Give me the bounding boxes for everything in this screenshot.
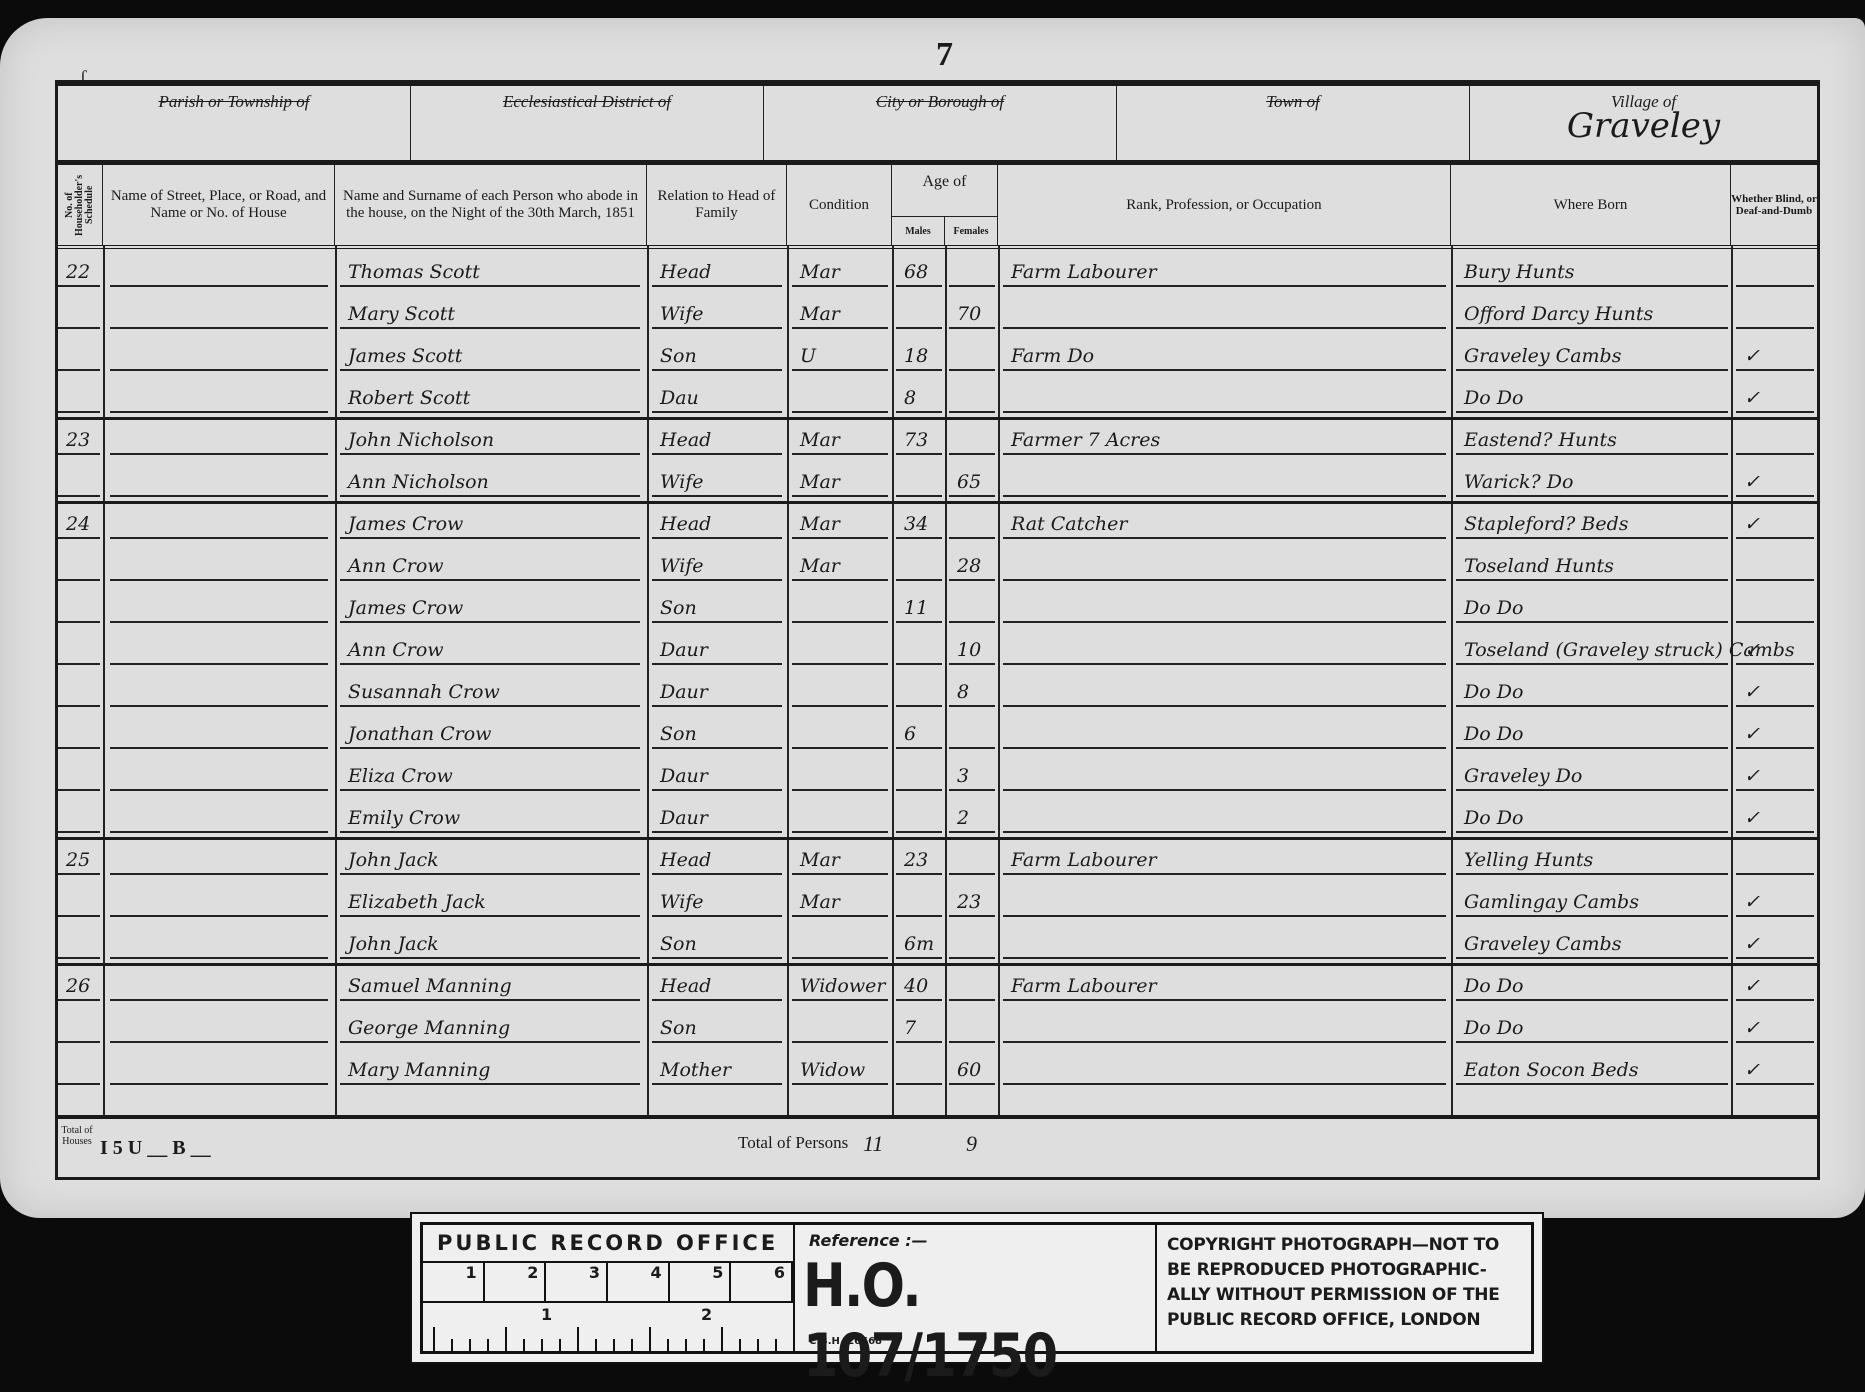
person-name: Samuel Manning: [340, 971, 640, 1001]
blind-deaf-mark: ✓: [1736, 635, 1814, 665]
occupation: [1003, 887, 1446, 917]
table-row: Elizabeth JackWifeMar23Gamlingay Cambs✓: [58, 879, 1817, 921]
person-name: Elizabeth Jack: [340, 887, 640, 917]
blind-deaf-mark: ✓: [1736, 1055, 1814, 1085]
person-name: Emily Crow: [340, 803, 640, 833]
where-born: Graveley Cambs: [1456, 929, 1728, 959]
schedule-number: 22: [58, 257, 100, 287]
person-name: Jonathan Crow: [340, 719, 640, 749]
where-born: Do Do: [1456, 593, 1728, 623]
person-name: James Crow: [340, 509, 640, 539]
blind-deaf-mark: [1736, 845, 1814, 875]
street-cell: [110, 425, 328, 455]
condition: Widow: [792, 1055, 888, 1085]
condition: Mar: [792, 299, 888, 329]
table-row: Ann CrowWifeMar28Toseland Hunts: [58, 543, 1817, 585]
ruler-tick: [667, 1339, 669, 1353]
ruler-tick: [739, 1339, 741, 1353]
person-name: John Jack: [340, 929, 640, 959]
street-cell: [110, 593, 328, 623]
relation: Daur: [652, 677, 782, 707]
ruler-mark: 3: [546, 1263, 608, 1301]
occupation: [1003, 299, 1446, 329]
where-born: Graveley Do: [1456, 761, 1728, 791]
age-male: 6: [896, 719, 942, 749]
record-office-panel: PUBLIC RECORD OFFICE 1 2 3 4 5 6 1 2: [423, 1225, 795, 1351]
where-born: Toseland (Graveley struck) Cambs: [1456, 635, 1728, 665]
table-row: 25John JackHeadMar23Farm LabourerYelling…: [58, 837, 1817, 879]
person-name: Robert Scott: [340, 383, 640, 413]
street-cell: [110, 551, 328, 581]
age-female: [949, 1013, 995, 1043]
blind-deaf-mark: ✓: [1736, 761, 1814, 791]
age-male: [896, 677, 942, 707]
blind-deaf-mark: ✓: [1736, 383, 1814, 413]
ruler-tick: [685, 1339, 687, 1353]
age-male: [896, 299, 942, 329]
age-females-label: Females: [945, 217, 997, 245]
schedule-number: 25: [58, 845, 100, 875]
ruler-tick: [577, 1327, 579, 1353]
table-row: 26Samuel ManningHeadWidower40Farm Labour…: [58, 963, 1817, 1005]
occupation: [1003, 677, 1446, 707]
copyright-notice: COPYRIGHT PHOTOGRAPH—NOT TO BE REPRODUCE…: [1157, 1225, 1531, 1351]
age-male: 18: [896, 341, 942, 371]
ruler-tick: [505, 1327, 507, 1353]
age-male: 40: [896, 971, 942, 1001]
relation: Son: [652, 1013, 782, 1043]
ruler-tick: [703, 1339, 705, 1353]
age-female: [949, 971, 995, 1001]
condition: [792, 929, 888, 959]
condition: Mar: [792, 257, 888, 287]
relation: Wife: [652, 467, 782, 497]
table-row: Emily CrowDaur2Do Do✓: [58, 795, 1817, 840]
table-row: Ann CrowDaur10Toseland (Graveley struck)…: [58, 627, 1817, 669]
age-female: 23: [949, 887, 995, 917]
schedule-number: [58, 467, 100, 497]
condition: [792, 761, 888, 791]
schedule-number: [58, 551, 100, 581]
occupation: Farm Labourer: [1003, 971, 1446, 1001]
col-where-born: Where Born: [1451, 165, 1731, 245]
street-cell: [110, 677, 328, 707]
street-cell: [110, 971, 328, 1001]
blind-deaf-mark: ✓: [1736, 1013, 1814, 1043]
condition: Mar: [792, 551, 888, 581]
schedule-number: [58, 341, 100, 371]
occupation: [1003, 383, 1446, 413]
age-female: [949, 845, 995, 875]
table-row: Mary ScottWifeMar70Offord Darcy Hunts: [58, 291, 1817, 333]
age-female: 60: [949, 1055, 995, 1085]
blind-deaf-mark: [1736, 425, 1814, 455]
blind-deaf-mark: ✓: [1736, 677, 1814, 707]
relation: Son: [652, 593, 782, 623]
age-female: 8: [949, 677, 995, 707]
relation: Head: [652, 425, 782, 455]
condition: Widower: [792, 971, 888, 1001]
relation: Head: [652, 971, 782, 1001]
street-cell: [110, 635, 328, 665]
col-occupation: Rank, Profession, or Occupation: [998, 165, 1451, 245]
town-cell: Town of: [1117, 86, 1470, 160]
person-name: Mary Scott: [340, 299, 640, 329]
schedule-number: [58, 383, 100, 413]
age-male: 7: [896, 1013, 942, 1043]
col-blind-deaf: Whether Blind, or Deaf-and-Dumb: [1731, 165, 1817, 245]
where-born: Do Do: [1456, 1013, 1728, 1043]
person-name: Eliza Crow: [340, 761, 640, 791]
schedule-number: 23: [58, 425, 100, 455]
relation: Daur: [652, 761, 782, 791]
blind-deaf-mark: [1736, 551, 1814, 581]
ruler-tick: [757, 1339, 759, 1353]
ruler-mark: 2: [485, 1263, 547, 1301]
condition: [792, 677, 888, 707]
person-name: John Nicholson: [340, 425, 640, 455]
occupation: [1003, 1013, 1446, 1043]
table-row: Jonathan CrowSon6Do Do✓: [58, 711, 1817, 753]
total-houses-value: I 5 U __ B __: [100, 1137, 211, 1160]
where-born: Do Do: [1456, 677, 1728, 707]
where-born: Eaton Socon Beds: [1456, 1055, 1728, 1085]
age-label: Age of: [892, 173, 997, 190]
blind-deaf-mark: ✓: [1736, 341, 1814, 371]
total-persons-label: Total of Persons: [738, 1133, 848, 1153]
age-female: [949, 425, 995, 455]
blind-deaf-mark: ✓: [1736, 887, 1814, 917]
ruler-tick: [649, 1327, 651, 1353]
table-row: Ann NicholsonWifeMar65Warick? Do✓: [58, 459, 1817, 504]
street-cell: [110, 299, 328, 329]
ruler-tick: [523, 1339, 525, 1353]
table-row: 23John NicholsonHeadMar73Farmer 7 AcresE…: [58, 417, 1817, 459]
relation: Daur: [652, 635, 782, 665]
condition: Mar: [792, 425, 888, 455]
ruler-mark: 5: [670, 1263, 732, 1301]
person-name: James Crow: [340, 593, 640, 623]
schedule-number: [58, 887, 100, 917]
schedule-number: [58, 635, 100, 665]
village-value: Graveley: [1470, 106, 1817, 146]
person-name: George Manning: [340, 1013, 640, 1043]
age-male: [896, 635, 942, 665]
condition: [792, 803, 888, 833]
col-schedule: No. of Householder's Schedule: [58, 165, 103, 245]
ruler-mark: 4: [608, 1263, 670, 1301]
blind-deaf-mark: [1736, 593, 1814, 623]
blind-deaf-mark: ✓: [1736, 971, 1814, 1001]
relation: Wife: [652, 551, 782, 581]
location-header: Parish or Township of Ecclesiastical Dis…: [58, 86, 1817, 165]
age-female: [949, 341, 995, 371]
occupation: Farm Labourer: [1003, 257, 1446, 287]
total-persons-females: 9: [966, 1131, 977, 1157]
totals-row: Total of Houses I 5 U __ B __ Total of P…: [58, 1115, 1817, 1177]
table-row: Eliza CrowDaur3Graveley Do✓: [58, 753, 1817, 795]
age-male: [896, 551, 942, 581]
age-male: [896, 761, 942, 791]
schedule-number: [58, 803, 100, 833]
ruler-mark: 6: [731, 1263, 793, 1301]
blind-deaf-mark: ✓: [1736, 803, 1814, 833]
ecclesiastical-district-label: Ecclesiastical District of: [411, 92, 763, 112]
street-cell: [110, 341, 328, 371]
condition: [792, 593, 888, 623]
condition: Mar: [792, 467, 888, 497]
relation: Head: [652, 257, 782, 287]
age-female: 65: [949, 467, 995, 497]
table-row: James ScottSonU18Farm DoGraveley Cambs✓: [58, 333, 1817, 375]
table-row: 24James CrowHeadMar34Rat CatcherStaplefo…: [58, 501, 1817, 543]
scale-ruler: 1 2 3 4 5 6 1 2: [423, 1261, 793, 1351]
occupation: Rat Catcher: [1003, 509, 1446, 539]
age-female: 28: [949, 551, 995, 581]
occupation: [1003, 635, 1446, 665]
schedule-number: [58, 1055, 100, 1085]
ruler-tick: [451, 1339, 453, 1353]
occupation: [1003, 467, 1446, 497]
street-cell: [110, 467, 328, 497]
where-born: Graveley Cambs: [1456, 341, 1728, 371]
blind-deaf-mark: ✓: [1736, 467, 1814, 497]
col-condition: Condition: [787, 165, 892, 245]
ruler-tick: [559, 1339, 561, 1353]
where-born: Warick? Do: [1456, 467, 1728, 497]
age-male: 6m: [896, 929, 942, 959]
occupation: Farm Labourer: [1003, 845, 1446, 875]
ruler-mark: 1: [423, 1263, 485, 1301]
condition: Mar: [792, 509, 888, 539]
age-female: [949, 383, 995, 413]
occupation: [1003, 551, 1446, 581]
condition: Mar: [792, 845, 888, 875]
record-office-title: PUBLIC RECORD OFFICE: [423, 1225, 793, 1255]
age-male: 73: [896, 425, 942, 455]
relation: Head: [652, 845, 782, 875]
person-name: Ann Crow: [340, 551, 640, 581]
age-female: 70: [949, 299, 995, 329]
blind-deaf-mark: ✓: [1736, 509, 1814, 539]
schedule-number: [58, 299, 100, 329]
reference-value: H.O. 107/1750: [803, 1251, 1102, 1391]
table-row: John JackSon6mGraveley Cambs✓: [58, 921, 1817, 966]
street-cell: [110, 509, 328, 539]
occupation: [1003, 929, 1446, 959]
where-born: Eastend? Hunts: [1456, 425, 1728, 455]
street-cell: [110, 803, 328, 833]
relation: Daur: [652, 803, 782, 833]
where-born: Do Do: [1456, 719, 1728, 749]
street-cell: [110, 887, 328, 917]
age-male: 68: [896, 257, 942, 287]
relation: Head: [652, 509, 782, 539]
occupation: [1003, 803, 1446, 833]
col-relation: Relation to Head of Family: [647, 165, 787, 245]
reference-panel: Reference :— H.O. 107/1750 C.B.H. 26668: [795, 1225, 1157, 1351]
ruler-tick: [595, 1339, 597, 1353]
street-cell: [110, 383, 328, 413]
ruler-tick: [721, 1327, 723, 1353]
ruler-tick: [541, 1339, 543, 1353]
relation: Mother: [652, 1055, 782, 1085]
street-cell: [110, 1055, 328, 1085]
table-row: Robert ScottDau8Do Do✓: [58, 375, 1817, 420]
blind-deaf-mark: ✓: [1736, 719, 1814, 749]
person-name: John Jack: [340, 845, 640, 875]
where-born: Do Do: [1456, 971, 1728, 1001]
ruler-tick: [775, 1339, 777, 1353]
census-table: Parish or Township of Ecclesiastical Dis…: [55, 80, 1820, 1180]
age-female: [949, 593, 995, 623]
column-headers: No. of Householder's Schedule Name of St…: [58, 165, 1817, 249]
schedule-number: [58, 761, 100, 791]
person-name: James Scott: [340, 341, 640, 371]
archive-label: PUBLIC RECORD OFFICE 1 2 3 4 5 6 1 2 Ref…: [410, 1212, 1544, 1364]
table-row: Susannah CrowDaur8Do Do✓: [58, 669, 1817, 711]
ruler-tick: [433, 1327, 435, 1353]
age-male: [896, 803, 942, 833]
age-male: 11: [896, 593, 942, 623]
reference-code: C.B.H. 26668: [809, 1336, 882, 1347]
age-female: [949, 257, 995, 287]
schedule-number: [58, 593, 100, 623]
schedule-number: 26: [58, 971, 100, 1001]
schedule-number: [58, 719, 100, 749]
ecclesiastical-district-cell: Ecclesiastical District of: [411, 86, 764, 160]
table-row: 22Thomas ScottHeadMar68Farm LabourerBury…: [58, 249, 1817, 291]
condition: U: [792, 341, 888, 371]
relation: Son: [652, 719, 782, 749]
village-cell: Village of Graveley: [1470, 86, 1817, 160]
person-name: Ann Nicholson: [340, 467, 640, 497]
relation: Wife: [652, 299, 782, 329]
occupation: [1003, 719, 1446, 749]
condition: [792, 635, 888, 665]
folio-number: 7: [936, 36, 953, 74]
relation: Son: [652, 341, 782, 371]
table-row: James CrowSon11Do Do: [58, 585, 1817, 627]
age-male: [896, 1055, 942, 1085]
occupation: [1003, 593, 1446, 623]
street-cell: [110, 761, 328, 791]
city-borough-label: City or Borough of: [764, 92, 1116, 112]
schedule-number: [58, 677, 100, 707]
ruler-tick: [487, 1339, 489, 1353]
blind-deaf-mark: ✓: [1736, 929, 1814, 959]
age-female: 2: [949, 803, 995, 833]
age-males-label: Males: [892, 217, 945, 245]
where-born: Bury Hunts: [1456, 257, 1728, 287]
occupation: [1003, 1055, 1446, 1085]
parish-label: Parish or Township of: [58, 92, 410, 112]
age-male: 8: [896, 383, 942, 413]
person-name: Susannah Crow: [340, 677, 640, 707]
person-name: Mary Manning: [340, 1055, 640, 1085]
condition: [792, 383, 888, 413]
street-cell: [110, 929, 328, 959]
town-label: Town of: [1117, 92, 1469, 112]
schedule-number: [58, 1013, 100, 1043]
person-name: Ann Crow: [340, 635, 640, 665]
blind-deaf-mark: [1736, 299, 1814, 329]
street-cell: [110, 257, 328, 287]
where-born: Do Do: [1456, 803, 1728, 833]
ruler-tick: [631, 1339, 633, 1353]
age-female: [949, 719, 995, 749]
col-street: Name of Street, Place, or Road, and Name…: [103, 165, 335, 245]
condition: [792, 719, 888, 749]
ruler-inch-mark: 2: [701, 1305, 712, 1324]
age-female: [949, 509, 995, 539]
parish-cell: Parish or Township of: [58, 86, 411, 160]
schedule-number: 24: [58, 509, 100, 539]
street-cell: [110, 845, 328, 875]
where-born: Yelling Hunts: [1456, 845, 1728, 875]
relation: Dau: [652, 383, 782, 413]
street-cell: [110, 1013, 328, 1043]
where-born: Stapleford? Beds: [1456, 509, 1728, 539]
total-houses-label: Total of Houses: [60, 1125, 94, 1147]
ruler-inch-mark: 1: [541, 1305, 552, 1324]
where-born: Toseland Hunts: [1456, 551, 1728, 581]
reference-label: Reference :—: [809, 1231, 928, 1250]
city-borough-cell: City or Borough of: [764, 86, 1117, 160]
relation: Son: [652, 929, 782, 959]
where-born: Offord Darcy Hunts: [1456, 299, 1728, 329]
condition: Mar: [792, 887, 888, 917]
occupation: Farm Do: [1003, 341, 1446, 371]
street-cell: [110, 719, 328, 749]
age-male: 23: [896, 845, 942, 875]
blind-deaf-mark: [1736, 257, 1814, 287]
where-born: Do Do: [1456, 383, 1728, 413]
ruler-tick: [469, 1339, 471, 1353]
table-row: Mary ManningMotherWidow60Eaton Socon Bed…: [58, 1047, 1817, 1089]
census-page: 7 ſ Parish or Township of Ecclesiastical…: [0, 18, 1865, 1218]
occupation: Farmer 7 Acres: [1003, 425, 1446, 455]
age-female: 10: [949, 635, 995, 665]
age-male: [896, 467, 942, 497]
schedule-number: [58, 929, 100, 959]
total-persons-males: 11: [863, 1131, 883, 1157]
ruler-tick: [613, 1339, 615, 1353]
age-female: [949, 929, 995, 959]
condition: [792, 1013, 888, 1043]
table-row: George ManningSon7Do Do✓: [58, 1005, 1817, 1047]
col-age: Age of Males Females: [892, 165, 998, 245]
age-male: [896, 887, 942, 917]
col-name: Name and Surname of each Person who abod…: [335, 165, 647, 245]
occupation: [1003, 761, 1446, 791]
where-born: Gamlingay Cambs: [1456, 887, 1728, 917]
age-male: 34: [896, 509, 942, 539]
relation: Wife: [652, 887, 782, 917]
age-female: 3: [949, 761, 995, 791]
person-name: Thomas Scott: [340, 257, 640, 287]
